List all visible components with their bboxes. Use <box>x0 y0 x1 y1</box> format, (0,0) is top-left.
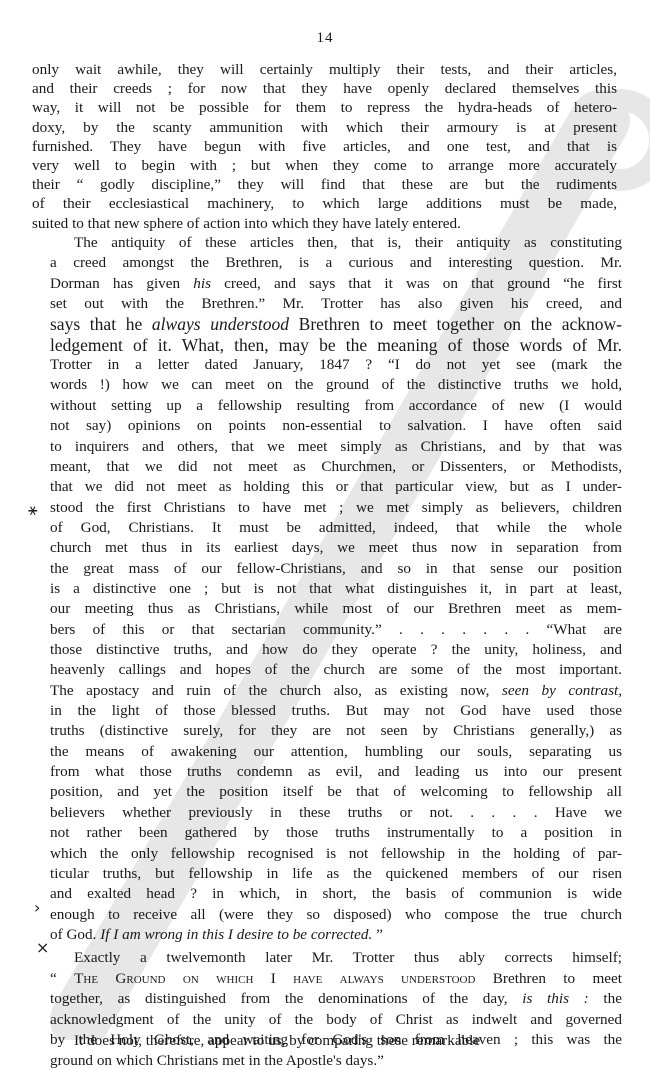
italic-text: his <box>193 275 211 292</box>
text-line: that we did not meet as holding this or … <box>50 477 622 497</box>
text-segment: is a distinctive one ; but is not that w… <box>50 580 622 597</box>
text-segment: bers of this or that sectarian community… <box>50 621 622 638</box>
text-segment: enough to receive all (were they so disp… <box>50 906 622 923</box>
text-segment: ground on which Christians met in the Ap… <box>50 1052 384 1069</box>
text-segment: to inquirers and others, that we meet si… <box>50 438 622 455</box>
text-line: enough to receive all (were they so disp… <box>50 905 622 925</box>
text-segment: suited to that new sphere of action into… <box>32 215 461 232</box>
text-segment: not rather been gathered by those truths… <box>50 824 622 841</box>
text-line: truths (distinctive surely, for they are… <box>50 721 622 741</box>
text-line: those distinctive truths, and how do the… <box>50 640 622 660</box>
smallcaps-text: The Ground on which I have always unders… <box>74 970 475 987</box>
text-line: and exalted head ? in which, in short, t… <box>50 884 622 904</box>
text-line: our meeting thus as Christians, while mo… <box>50 599 622 619</box>
pencil-asterisk-mark-icon: ⚹ <box>28 500 38 520</box>
text-segment: meant, that we did not meet as Churchmen… <box>50 458 622 475</box>
text-segment: that we did not meet as holding this or … <box>50 478 622 495</box>
text-line: Exactly a twelvemonth later Mr. Trotter … <box>74 948 622 968</box>
text-segment: and exalted head ? in which, in short, t… <box>50 885 622 902</box>
text-segment: of their ecclesiastical machinery, to wh… <box>32 195 617 212</box>
text-line: Dorman has given his creed, and says tha… <box>50 274 622 294</box>
italic-text: always understood <box>152 314 289 334</box>
text-segment: believers whether previously in these tr… <box>50 804 622 821</box>
text-segment: without setting up a fellowship resultin… <box>50 397 622 414</box>
text-line: The apostacy and ruin of the church also… <box>50 681 622 701</box>
text-line: ledgement of it. What, then, may be the … <box>50 335 622 355</box>
text-segment: set out with the Brethren.” Mr. Trotter … <box>50 295 622 312</box>
text-segment: the great mass of our fellow-Christians,… <box>50 560 622 577</box>
text-segment: the means of awakening our attention, hu… <box>50 743 622 760</box>
text-line: way, it will not be possible for them to… <box>32 98 617 118</box>
text-line: says that he always understood Brethren … <box>50 314 622 334</box>
text-line: the means of awakening our attention, hu… <box>50 742 622 762</box>
text-segment: doxy, by the scanty ammunition with whic… <box>32 119 617 136</box>
text-line: to inquirers and others, that we meet si… <box>50 437 622 457</box>
text-segment: of God. <box>50 926 100 943</box>
text-line: a creed amongst the Brethren, is a curio… <box>50 253 622 273</box>
text-segment: ticular truths, but fellowship in life a… <box>50 865 622 882</box>
text-line: of God. If I am wrong in this I desire t… <box>50 925 622 945</box>
text-line: very well to begin with ; but when they … <box>32 156 617 176</box>
text-line: together, as distinguished from the deno… <box>50 989 622 1009</box>
text-line: ground on which Christians met in the Ap… <box>50 1051 622 1070</box>
text-line: doxy, by the scanty ammunition with whic… <box>32 118 617 138</box>
text-line: not say) opinions on points non-essentia… <box>50 416 622 436</box>
text-line: meant, that we did not meet as Churchmen… <box>50 457 622 477</box>
text-segment: very well to begin with ; but when they … <box>32 157 617 174</box>
pencil-cross-mark-icon: × <box>36 938 49 957</box>
text-line: stood the first Christians to have met ;… <box>50 498 622 518</box>
text-segment: which the only fellowship recognised is … <box>50 845 622 862</box>
text-segment: ledgement of it. What, then, may be the … <box>50 335 622 355</box>
text-segment: heavenly callings and hopes of the churc… <box>50 661 622 678</box>
text-line: without setting up a fellowship resultin… <box>50 396 622 416</box>
text-segment: our meeting thus as Christians, while mo… <box>50 600 622 617</box>
text-segment: The antiquity of these articles then, th… <box>74 234 622 251</box>
text-line: The antiquity of these articles then, th… <box>74 233 622 253</box>
text-segment: way, it will not be possible for them to… <box>32 99 617 116</box>
text-line: not rather been gathered by those truths… <box>50 823 622 843</box>
text-line: Trotter in a letter dated January, 1847 … <box>50 355 622 375</box>
text-segment: Dorman has given <box>50 275 193 292</box>
text-segment: a creed amongst the Brethren, is a curio… <box>50 254 622 271</box>
text-line: of their ecclesiastical machinery, to wh… <box>32 194 617 214</box>
text-segment: ” <box>372 926 383 943</box>
text-line: ticular truths, but fellowship in life a… <box>50 864 622 884</box>
text-line: which the only fellowship recognised is … <box>50 844 622 864</box>
text-segment: Exactly a twelvemonth later Mr. Trotter … <box>74 949 622 966</box>
text-segment: only wait awhile, they will certainly mu… <box>32 61 617 78</box>
text-line: “ The Ground on which I have always unde… <box>50 969 622 989</box>
text-segment: creed, and says that it was on that grou… <box>211 275 622 292</box>
text-line: set out with the Brethren.” Mr. Trotter … <box>50 294 622 314</box>
text-segment: The apostacy and ruin of the church also… <box>50 682 502 699</box>
text-segment: from what those truths condemn as evil, … <box>50 763 622 780</box>
text-line: heavenly callings and hopes of the churc… <box>50 660 622 680</box>
page-number: 14 <box>0 30 650 47</box>
text-line: church met thus in its earliest days, we… <box>50 538 622 558</box>
text-segment: the <box>589 990 622 1007</box>
text-segment: Brethren to meet together on the acknow- <box>289 314 622 334</box>
italic-text: is this : <box>522 990 589 1007</box>
text-segment: Trotter in a letter dated January, 1847 … <box>50 356 622 373</box>
text-segment: together, as distinguished from the deno… <box>50 990 522 1007</box>
text-segment: acknowledgment of the unity of the body … <box>50 1011 622 1028</box>
text-segment: their “ godly discipline,” they will fin… <box>32 176 617 193</box>
text-segment: church met thus in its earliest days, we… <box>50 539 622 556</box>
text-line: is a distinctive one ; but is not that w… <box>50 579 622 599</box>
text-segment: “ <box>50 970 74 987</box>
text-line: and their creeds ; for now that they hav… <box>32 79 617 99</box>
text-line: only wait awhile, they will certainly mu… <box>32 60 617 80</box>
text-segment: those distinctive truths, and how do the… <box>50 641 622 658</box>
text-line: in the light of those blessed truths. Bu… <box>50 701 622 721</box>
text-segment: Brethren to meet <box>475 970 622 987</box>
text-line: It does not, therefore, appear to us, by… <box>74 1031 622 1051</box>
text-line: their “ godly discipline,” they will fin… <box>32 175 617 195</box>
text-line: furnished. They have begun with five art… <box>32 137 617 157</box>
pencil-chevron-mark-icon: › <box>34 898 40 917</box>
text-line: the great mass of our fellow-Christians,… <box>50 559 622 579</box>
text-line: believers whether previously in these tr… <box>50 803 622 823</box>
text-line: words !) how we can meet on the ground o… <box>50 375 622 395</box>
text-line: acknowledgment of the unity of the body … <box>50 1010 622 1030</box>
text-segment: position, and yet the position itself be… <box>50 783 622 800</box>
text-segment: It does not, therefore, appear to us, by… <box>74 1032 480 1049</box>
text-segment: stood the first Christians to have met ;… <box>50 499 622 516</box>
text-segment: of God, Christians. It must be admitted,… <box>50 519 622 536</box>
text-segment: furnished. They have begun with five art… <box>32 138 617 155</box>
text-line: from what those truths condemn as evil, … <box>50 762 622 782</box>
italic-text: If I am wrong in this I desire to be cor… <box>100 926 372 943</box>
text-line: of God, Christians. It must be admitted,… <box>50 518 622 538</box>
text-segment: truths (distinctive surely, for they are… <box>50 722 622 739</box>
text-segment: says that he <box>50 314 152 334</box>
text-line: suited to that new sphere of action into… <box>32 214 617 234</box>
text-segment: words !) how we can meet on the ground o… <box>50 376 622 393</box>
text-segment: not say) opinions on points non-essentia… <box>50 417 622 434</box>
text-segment: in the light of those blessed truths. Bu… <box>50 702 622 719</box>
text-line: bers of this or that sectarian community… <box>50 620 622 640</box>
text-line: position, and yet the position itself be… <box>50 782 622 802</box>
italic-text: seen by contrast, <box>502 682 622 699</box>
text-segment: and their creeds ; for now that they hav… <box>32 80 617 97</box>
